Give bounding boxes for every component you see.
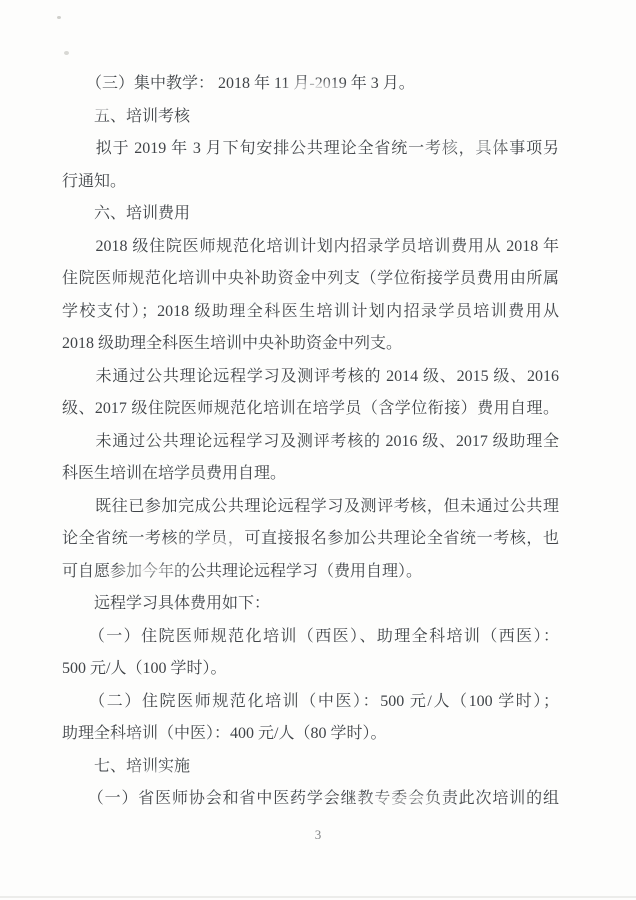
text-line: （一）住院医师规范化培训（西医）、助理全科培训（西医）：	[62, 621, 559, 654]
text-line: 2018 级住院医师规范化培训计划内招录学员培训费用从 2018 年	[62, 231, 559, 264]
text-line: 论全省统一考核的学员，可直接报名参加公共理论全省统一考核，也	[62, 523, 559, 556]
text-line: 可自愿参加今年的公共理论远程学习（费用自理）。	[62, 556, 559, 589]
scanned-document-page: （三）集中教学： 2018 年 11 月-2019 年 3 月。 五、培训考核 …	[0, 0, 636, 900]
text-line: 七、培训实施	[62, 751, 559, 784]
text-line: 拟于 2019 年 3 月下旬安排公共理论全省统一考核，具体事项另	[62, 133, 559, 166]
text-line: 未通过公共理论远程学习及测评考核的 2016 级、2017 级助理全	[62, 426, 559, 459]
text-line: 六、培训费用	[62, 198, 559, 231]
text-line: 级、2017 级住院医师规范化培训在培学员（含学位衔接）费用自理。	[62, 393, 559, 426]
document-text: （三）集中教学： 2018 年 11 月-2019 年 3 月。 五、培训考核 …	[62, 68, 559, 816]
page-number: 3	[0, 827, 636, 843]
scan-speck	[57, 16, 61, 19]
scan-speck	[64, 51, 69, 55]
text-line: 科医生培训在培学员费用自理。	[62, 458, 559, 491]
text-line: 行通知。	[62, 166, 559, 199]
text-line: 既往已参加完成公共理论远程学习及测评考核，但未通过公共理	[62, 491, 559, 524]
text-line: 500 元/人（100 学时）。	[62, 653, 559, 686]
text-line: 学校支付）；2018 级助理全科医生培训计划内招录学员培训费用从	[62, 296, 559, 329]
text-line: 未通过公共理论远程学习及测评考核的 2014 级、2015 级、2016	[62, 361, 559, 394]
text-line: 助理全科培训（中医）：400 元/人（80 学时）。	[62, 718, 559, 751]
text-line: 2018 级助理全科医生培训中央补助资金中列支。	[62, 328, 559, 361]
text-line: （三）集中教学： 2018 年 11 月-2019 年 3 月。	[62, 68, 559, 101]
text-line: （二）住院医师规范化培训（中医）：500 元/人（100 学时）；	[62, 686, 559, 719]
text-line: 住院医师规范化培训中央补助资金中列支（学位衔接学员费用由所属	[62, 263, 559, 296]
text-line: 远程学习具体费用如下：	[62, 588, 559, 621]
text-line: 五、培训考核	[62, 101, 559, 134]
text-line: （一）省医师协会和省中医药学会继教专委会负责此次培训的组	[62, 783, 559, 816]
scan-edge-artifact	[0, 896, 636, 898]
